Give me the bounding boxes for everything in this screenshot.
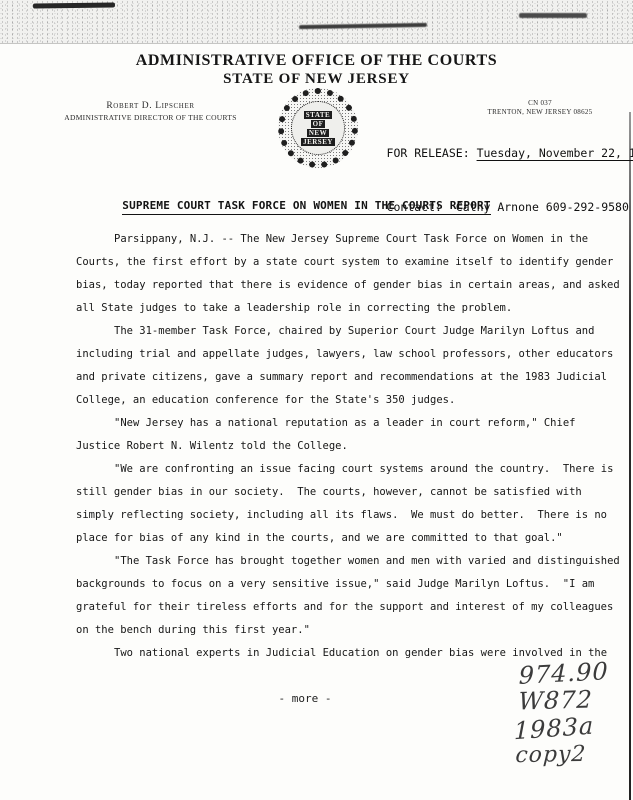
letterhead-org-name: ADMINISTRATIVE OFFICE OF THE COURTS — [0, 52, 633, 70]
body-paragraph: The 31-member Task Force, chaired by Sup… — [76, 320, 622, 412]
ink-smudge — [519, 13, 587, 18]
handwriting-line: copy2 — [515, 740, 628, 769]
form-code: CN 037 — [460, 99, 620, 107]
state-seal-center: STATE OF NEW JERSEY — [291, 101, 345, 155]
seal-text-line: STATE — [304, 111, 332, 119]
address-line: TRENTON, NEW JERSEY 08625 — [460, 108, 620, 116]
director-title: Administrative Director of the Courts — [38, 113, 263, 122]
body-paragraph: "We are confronting an issue facing cour… — [76, 458, 622, 550]
seal-text-line: OF — [311, 120, 326, 128]
handwritten-call-number: 974.90 W872 1983a copy2 — [517, 657, 631, 771]
address-block: CN 037 TRENTON, NEW JERSEY 08625 — [460, 99, 620, 116]
director-name: Robert D. Lipscher — [38, 101, 263, 111]
headline: SUPREME COURT TASK FORCE ON WOMEN IN THE… — [0, 199, 613, 212]
body-paragraph: "New Jersey has a national reputation as… — [76, 412, 622, 458]
release-date: Tuesday, November 22, 1983 — [477, 146, 633, 160]
seal-text-line: NEW — [307, 129, 329, 137]
letterhead-org-state: STATE OF NEW JERSEY — [0, 71, 633, 88]
body-paragraph: "The Task Force has brought together wom… — [76, 550, 622, 642]
for-release-label: FOR RELEASE: — [387, 146, 477, 160]
body-text: Parsippany, N.J. -- The New Jersey Supre… — [76, 228, 622, 665]
seal-text-line: JERSEY — [301, 138, 335, 146]
director-block: Robert D. Lipscher Administrative Direct… — [38, 101, 263, 122]
letterhead: ADMINISTRATIVE OFFICE OF THE COURTS STAT… — [0, 52, 633, 88]
release-block: FOR RELEASE: Tuesday, November 22, 1983 … — [345, 132, 633, 240]
press-release-page: ADMINISTRATIVE OFFICE OF THE COURTS STAT… — [0, 0, 633, 800]
body-paragraph: Parsippany, N.J. -- The New Jersey Supre… — [76, 228, 622, 320]
